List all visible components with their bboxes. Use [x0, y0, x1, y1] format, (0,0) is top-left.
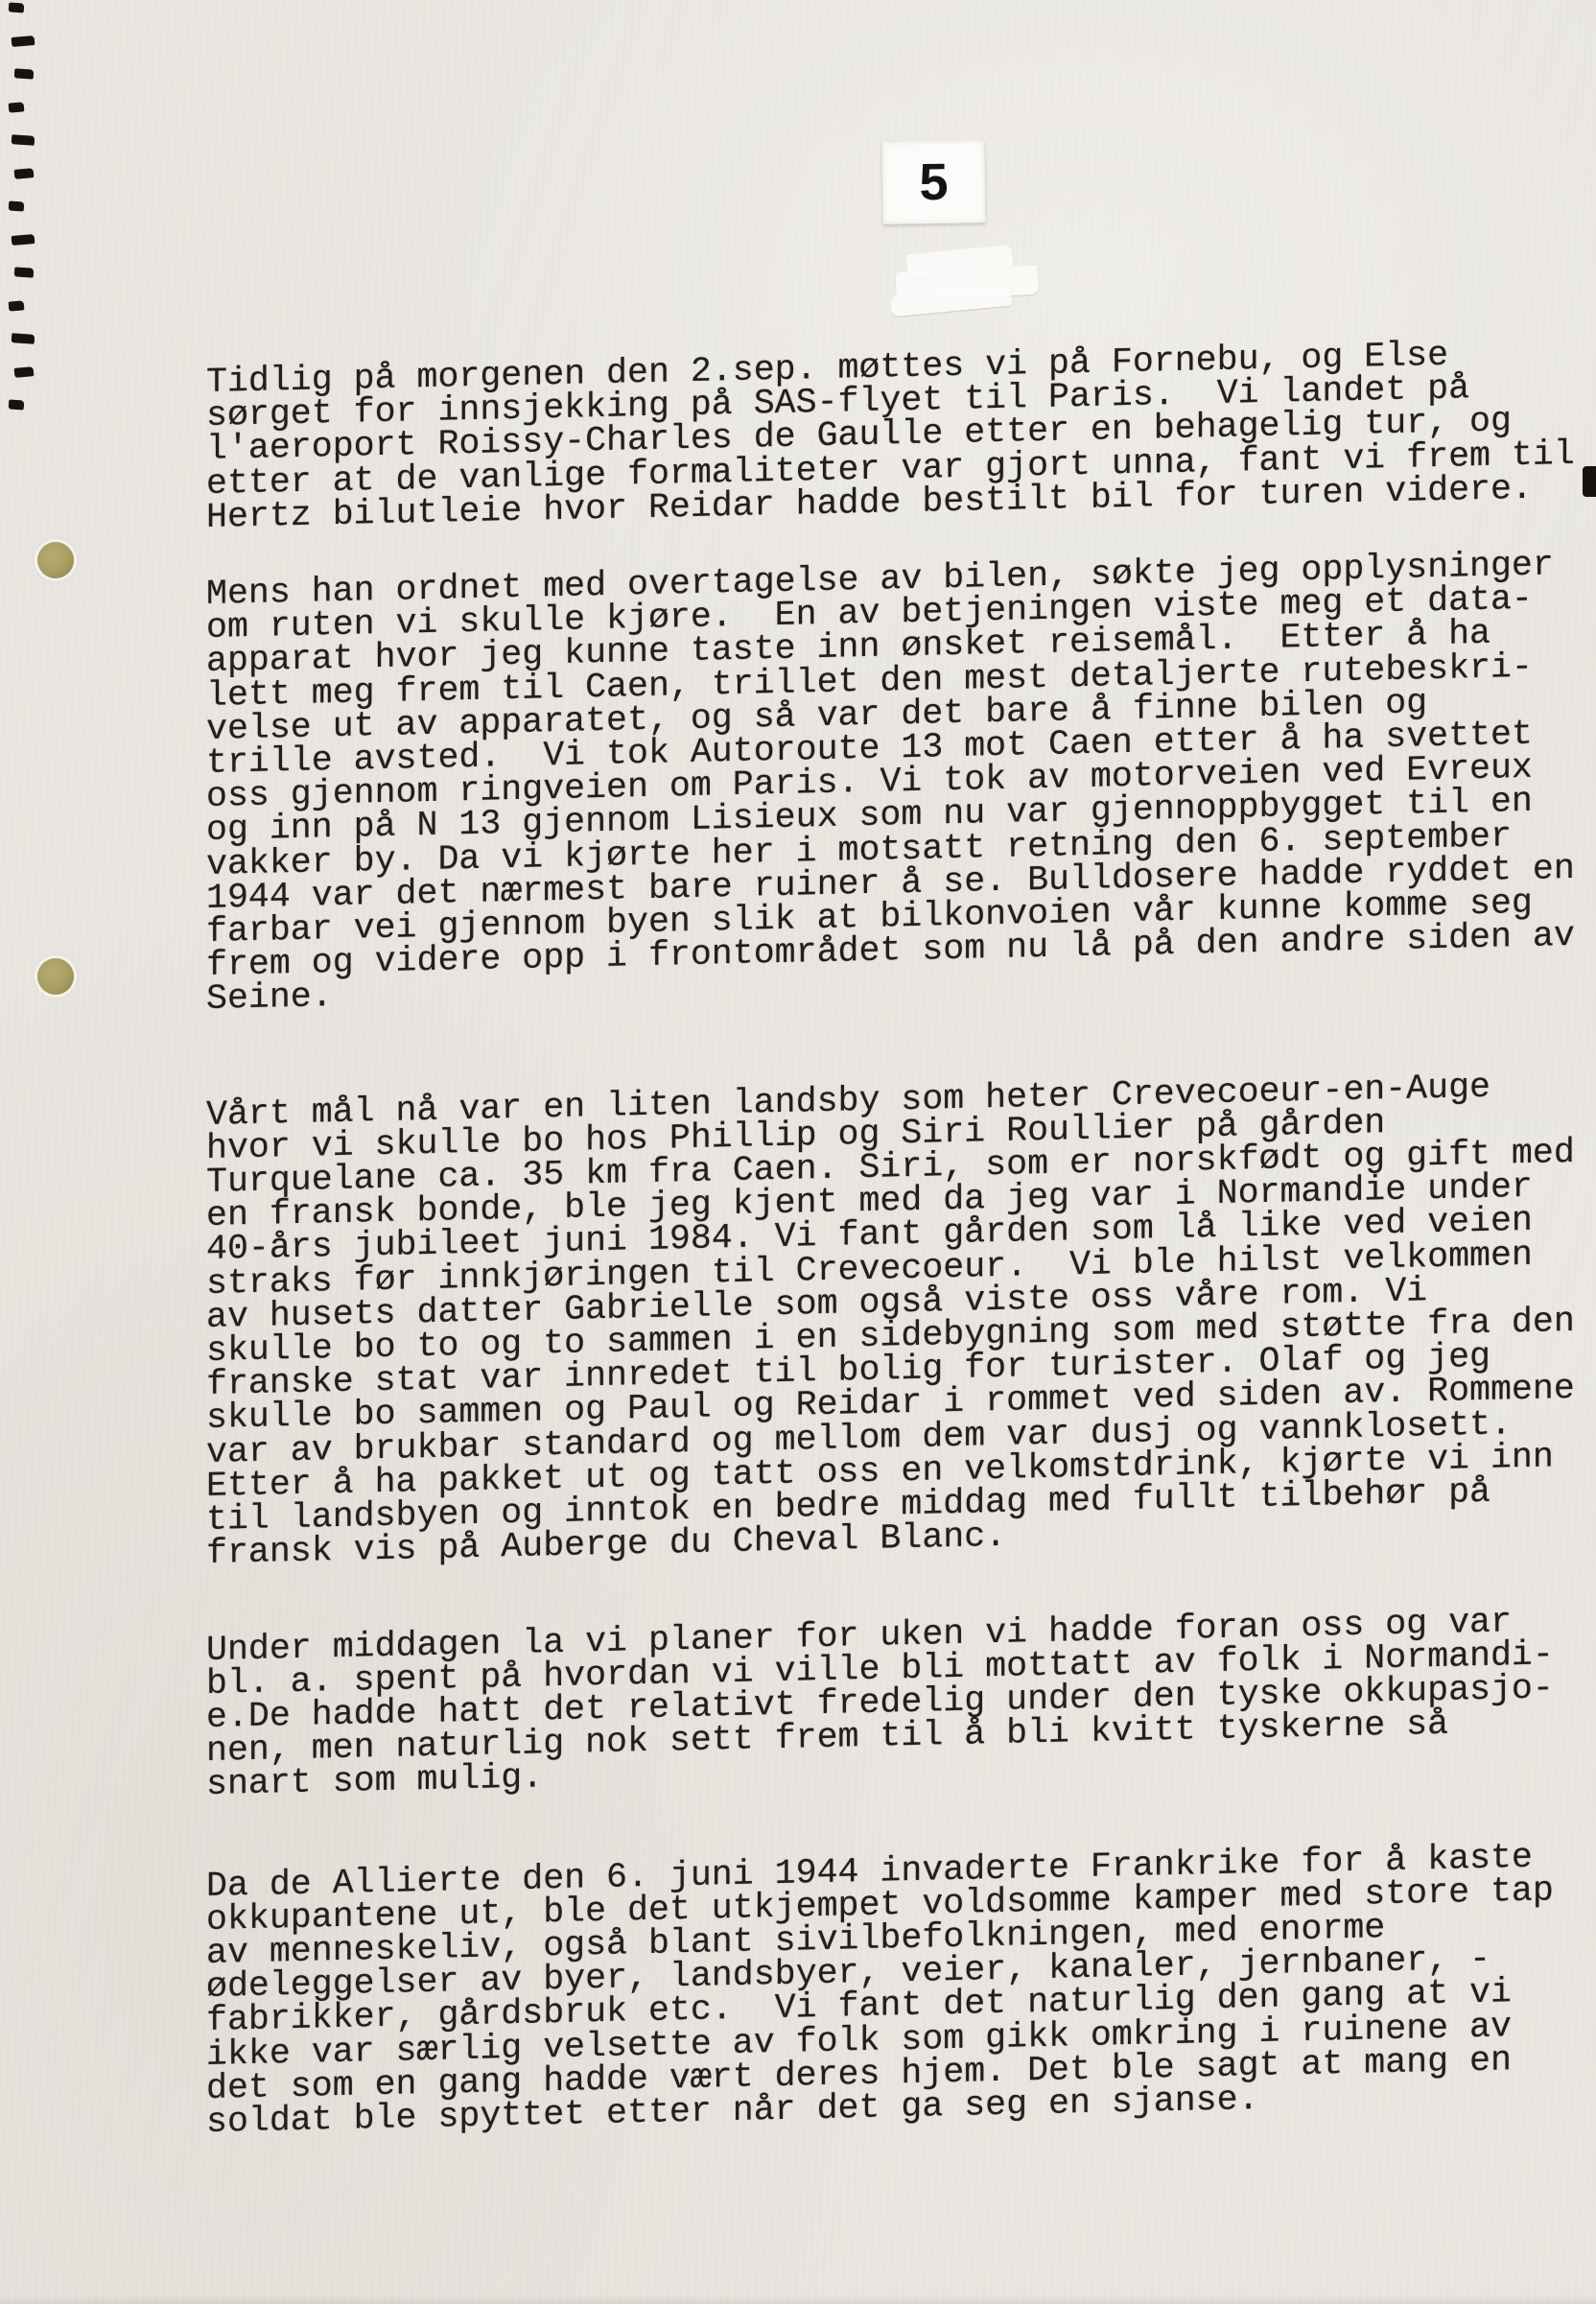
paragraph-2: Mens han ordnet med overtagelse av bilen… — [206, 546, 1596, 1016]
photocopy-mark — [12, 233, 35, 245]
tape-patch — [889, 238, 1044, 318]
scanned-page: 5 Tidlig på morgenen den 2.sep. møttes v… — [0, 0, 1596, 2304]
page-number-label: 5 — [881, 140, 985, 224]
photocopy-mark — [12, 35, 35, 46]
photocopy-mark — [9, 399, 25, 410]
photocopy-mark — [9, 200, 25, 211]
photocopy-mark — [14, 168, 35, 179]
paragraph-4: Under middagen la vi planer for uken vi … — [206, 1602, 1596, 1802]
paragraph-5: Da de Allierte den 6. juni 1944 invadert… — [206, 1838, 1596, 2139]
page-number: 5 — [919, 153, 949, 212]
photocopy-mark — [14, 68, 35, 79]
punch-hole — [37, 958, 74, 995]
paragraph-1: Tidlig på morgenen den 2.sep. møttes vi … — [206, 334, 1596, 534]
paragraph-3: Vårt mål nå var en liten landsby som het… — [206, 1067, 1596, 1571]
photocopy-mark — [14, 366, 35, 378]
punch-hole — [37, 542, 74, 578]
photocopy-mark — [12, 333, 35, 344]
photocopy-edge-marks — [0, 0, 58, 460]
photocopy-mark — [9, 102, 25, 112]
photocopy-mark — [12, 134, 35, 146]
typewritten-text: Tidlig på morgenen den 2.sep. møttes vi … — [206, 334, 1596, 2139]
photocopy-mark — [9, 2, 25, 12]
photocopy-mark — [14, 267, 35, 277]
photocopy-mark — [9, 300, 25, 311]
